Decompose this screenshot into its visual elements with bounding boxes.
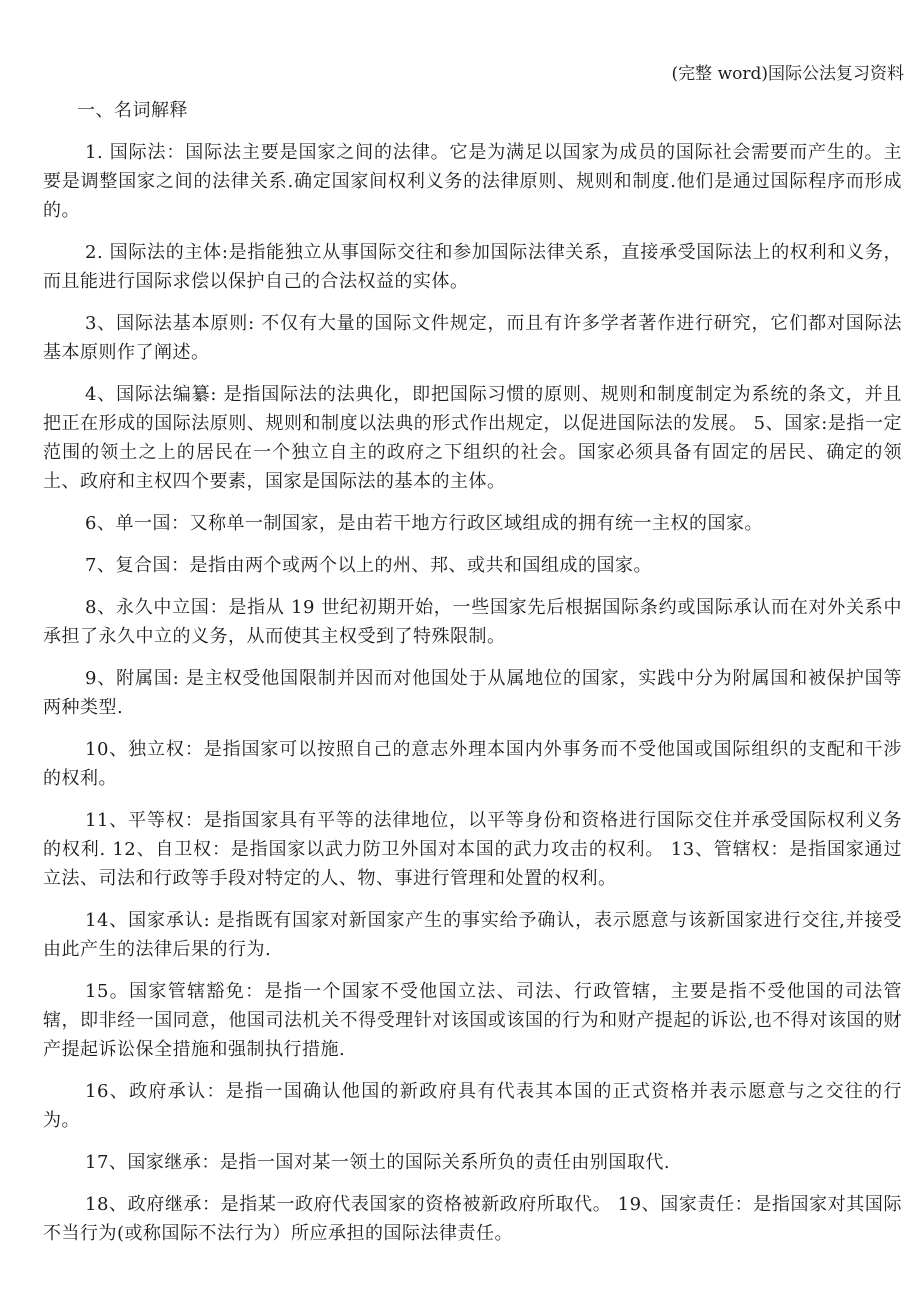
- definition-paragraph-6: 6、单一国：又称单一制国家，是由若干地方行政区域组成的拥有统一主权的国家。: [43, 509, 902, 538]
- document-header: (完整 word)国际公法复习资料: [0, 0, 920, 86]
- definition-paragraph-1: 1. 国际法：国际法主要是国家之间的法律。它是为满足以国家为成员的国际社会需要而…: [43, 138, 902, 225]
- definition-paragraph-10: 10、独立权：是指国家可以按照自己的意志外理本国内外事务而不受他国或国际组织的支…: [43, 735, 902, 793]
- definition-paragraph-18-19: 18、政府继承：是指某一政府代表国家的资格被新政府所取代。 19、国家责任：是指…: [43, 1190, 902, 1248]
- definition-paragraph-16: 16、政府承认：是指一国确认他国的新政府具有代表其本国的正式资格并表示愿意与之交…: [43, 1077, 902, 1135]
- definition-paragraph-4-5: 4、国际法编纂: 是指国际法的法典化，即把国际习惯的原则、规则和制度制定为系统的…: [43, 380, 902, 496]
- definition-paragraph-15: 15。国家管辖豁免：是指一个国家不受他国立法、司法、行政管辖，主要是指不受他国的…: [43, 977, 902, 1064]
- definition-paragraph-7: 7、复合国：是指由两个或两个以上的州、邦、或共和国组成的国家。: [43, 551, 902, 580]
- definition-paragraph-14: 14、国家承认: 是指既有国家对新国家产生的事实给予确认，表示愿意与该新国家进行…: [43, 906, 902, 964]
- section-title: 一、名词解释: [43, 96, 902, 125]
- definition-paragraph-2: 2. 国际法的主体:是指能独立从事国际交往和参加国际法律关系，直接承受国际法上的…: [43, 238, 902, 296]
- document-page: (完整 word)国际公法复习资料 一、名词解释 1. 国际法：国际法主要是国家…: [0, 0, 920, 1302]
- definition-paragraph-8: 8、永久中立国：是指从 19 世纪初期开始，一些国家先后根据国际条约或国际承认而…: [43, 593, 902, 651]
- definition-paragraph-17: 17、国家继承：是指一国对某一领土的国际关系所负的责任由别国取代.: [43, 1148, 902, 1177]
- definition-paragraph-9: 9、附属国: 是主权受他国限制并因而对他国处于从属地位的国家，实践中分为附属国和…: [43, 664, 902, 722]
- definition-paragraph-3: 3、国际法基本原则: 不仅有大量的国际文件规定，而且有许多学者著作进行研究，它们…: [43, 309, 902, 367]
- definition-paragraph-11-13: 11、平等权：是指国家具有平等的法律地位，以平等身份和资格进行国际交住并承受国际…: [43, 806, 902, 893]
- document-body: 一、名词解释 1. 国际法：国际法主要是国家之间的法律。它是为满足以国家为成员的…: [0, 96, 920, 1248]
